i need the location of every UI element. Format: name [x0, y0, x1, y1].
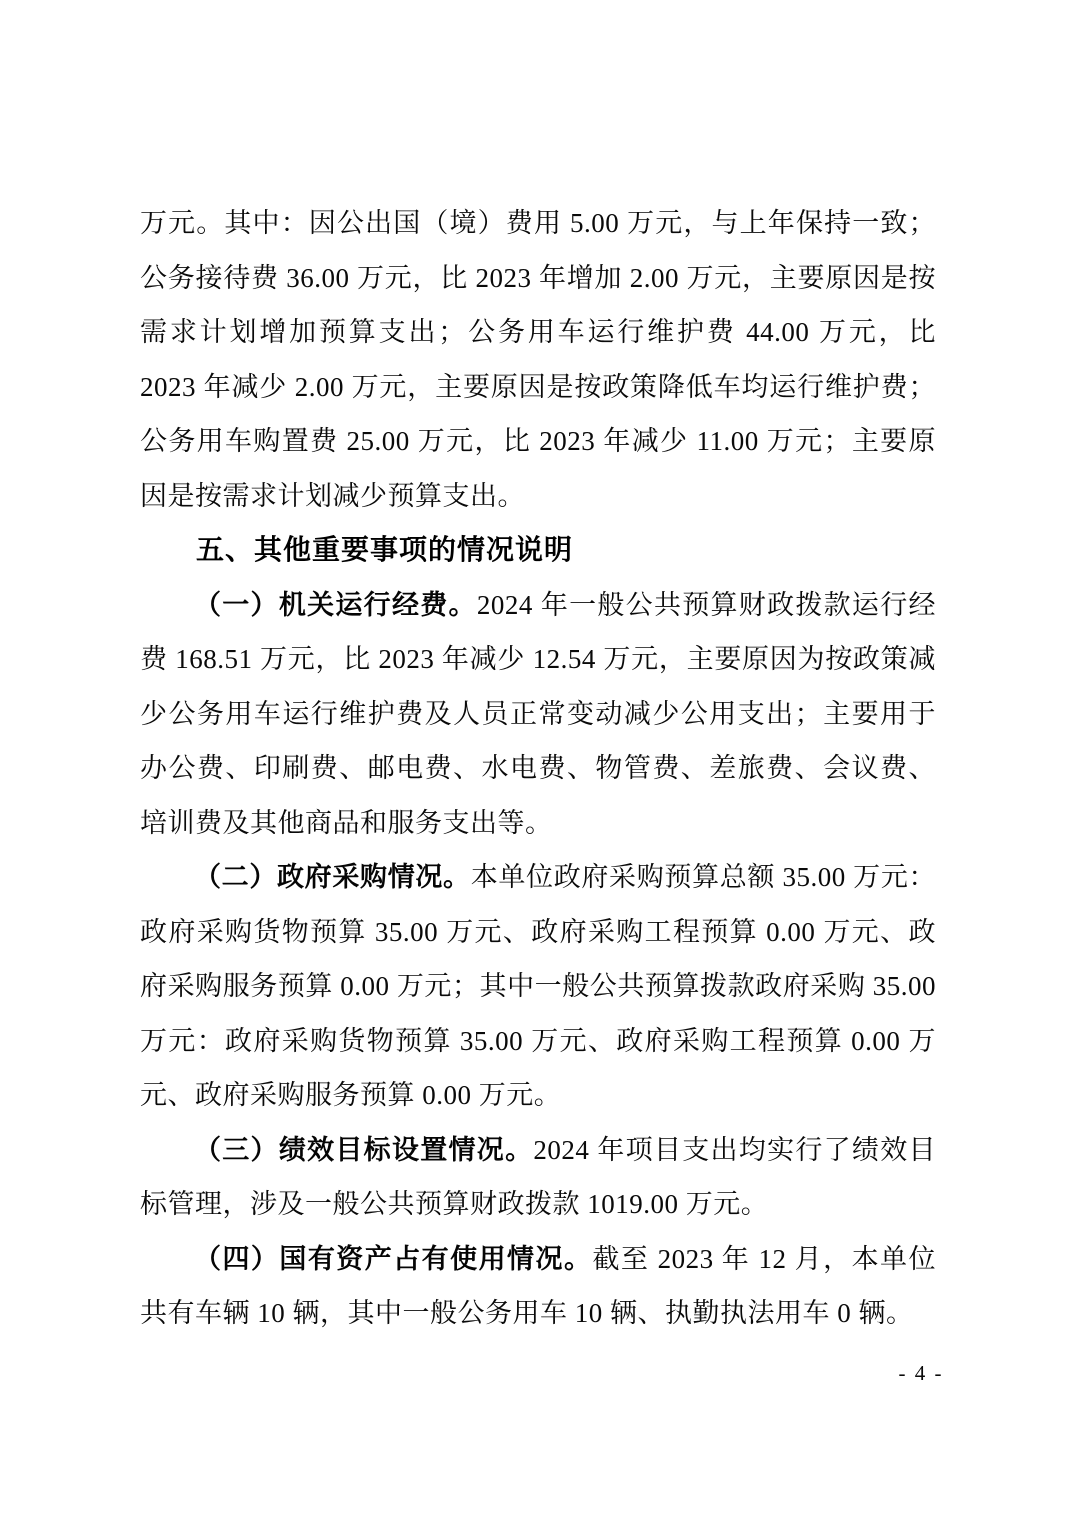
item-4-lead: （四）国有资产占有使用情况。 [194, 1244, 592, 1274]
section-heading: 五、其他重要事项的情况说明 [140, 523, 936, 578]
document-page: 万元。其中：因公出国（境）费用 5.00 万元，与上年保持一致；公务接待费 36… [0, 0, 1074, 1520]
item-2-lead: （二）政府采购情况。 [194, 862, 471, 892]
item-1-lead: （一）机关运行经费。 [194, 590, 477, 620]
item-2-text: 本单位政府采购预算总额 35.00 万元：政府采购货物预算 35.00 万元、政… [140, 862, 936, 1110]
item-paragraph-2: （二）政府采购情况。本单位政府采购预算总额 35.00 万元：政府采购货物预算 … [140, 850, 936, 1123]
document-body: 万元。其中：因公出国（境）费用 5.00 万元，与上年保持一致；公务接待费 36… [140, 196, 936, 1341]
item-3-lead: （三）绩效目标设置情况。 [194, 1135, 533, 1165]
item-paragraph-4: （四）国有资产占有使用情况。截至 2023 年 12 月，本单位共有车辆 10 … [140, 1232, 936, 1341]
page-number: - 4 - [856, 1360, 986, 1386]
item-paragraph-1: （一）机关运行经费。2024 年一般公共预算财政拨款运行经费 168.51 万元… [140, 578, 936, 851]
item-paragraph-3: （三）绩效目标设置情况。2024 年项目支出均实行了绩效目标管理，涉及一般公共预… [140, 1123, 936, 1232]
item-1-text: 2024 年一般公共预算财政拨款运行经费 168.51 万元，比 2023 年减… [140, 590, 936, 838]
paragraph-continuation: 万元。其中：因公出国（境）费用 5.00 万元，与上年保持一致；公务接待费 36… [140, 196, 936, 523]
